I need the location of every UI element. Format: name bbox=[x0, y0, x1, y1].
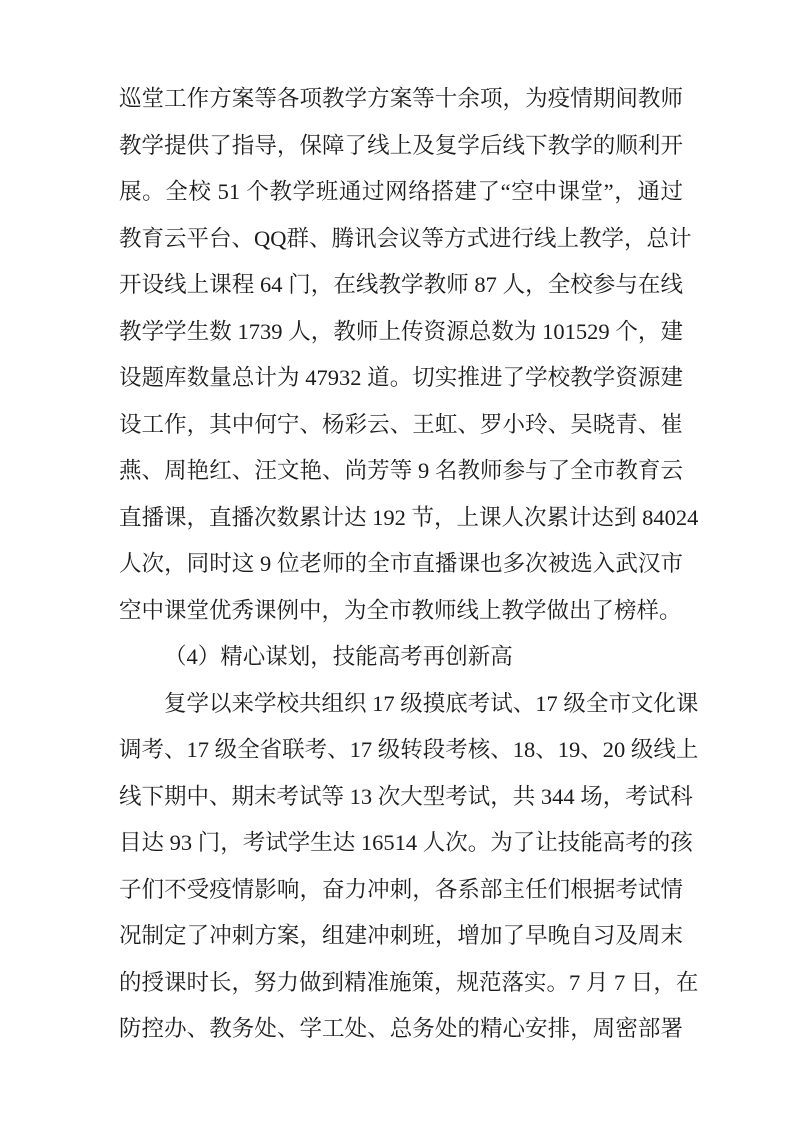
text-line: 调考、17 级全省联考、17 级转段考核、18、19、20 级线上 bbox=[119, 727, 683, 774]
text-line: 线下期中、期末考试等 13 次大型考试，共 344 场，考试科 bbox=[119, 774, 683, 821]
text-line: 目达 93 门，考试学生达 16514 人次。为了让技能高考的孩 bbox=[119, 820, 683, 867]
text-line: 子们不受疫情影响，奋力冲刺，各系部主任们根据考试情 bbox=[119, 867, 683, 914]
text-line: 空中课堂优秀课例中，为全市教师线上教学做出了榜样。 bbox=[119, 588, 683, 635]
text-line: 人次，同时这 9 位老师的全市直播课也多次被选入武汉市 bbox=[119, 541, 683, 588]
text-line: 复学以来学校共组织 17 级摸底考试、17 级全市文化课 bbox=[119, 681, 683, 728]
text-line: 燕、周艳红、汪文艳、尚芳等 9 名教师参与了全市教育云 bbox=[119, 448, 683, 495]
text-line: 设题库数量总计为 47932 道。切实推进了学校教学资源建 bbox=[119, 355, 683, 402]
text-line: 巡堂工作方案等各项教学方案等十余项，为疫情期间教师 bbox=[119, 76, 683, 123]
text-line: 展。全校 51 个教学班通过网络搭建了“空中课堂”，通过 bbox=[119, 169, 683, 216]
text-line: 防控办、教务处、学工处、总务处的精心安排，周密部署 bbox=[119, 1006, 683, 1053]
text-line: 教学学生数 1739 人，教师上传资源总数为 101529 个，建 bbox=[119, 309, 683, 356]
text-line: 设工作，其中何宁、杨彩云、王虹、罗小玲、吴晓青、崔 bbox=[119, 402, 683, 449]
text-line: 的授课时长，努力做到精准施策，规范落实。7 月 7 日，在 bbox=[119, 960, 683, 1007]
document-page: 巡堂工作方案等各项教学方案等十余项，为疫情期间教师 教学提供了指导，保障了线上及… bbox=[0, 0, 800, 1132]
text-line: 教学提供了指导，保障了线上及复学后线下教学的顺利开 bbox=[119, 123, 683, 170]
text-line: 教育云平台、QQ群、腾讯会议等方式进行线上教学，总计 bbox=[119, 216, 683, 263]
text-line: 开设线上课程 64 门，在线教学教师 87 人，全校参与在线 bbox=[119, 262, 683, 309]
text-line: 直播课，直播次数累计达 192 节，上课人次累计达到 84024 bbox=[119, 495, 683, 542]
text-line: 况制定了冲刺方案，组建冲刺班，增加了早晚自习及周末 bbox=[119, 913, 683, 960]
section-heading: （4）精心谋划，技能高考再创新高 bbox=[119, 634, 683, 681]
